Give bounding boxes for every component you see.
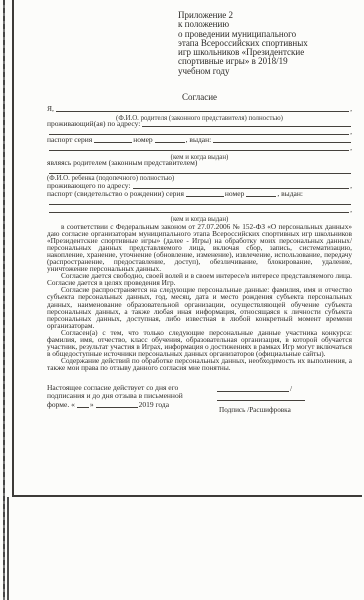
fill-line-date-month	[96, 404, 138, 408]
fill-line-child-passport-number	[246, 193, 276, 197]
date-close-quote: »	[90, 401, 94, 409]
date-row: форме. « » 2019 года	[47, 400, 205, 409]
paragraph-law: в соответствии с Федеральным законом от …	[47, 223, 352, 272]
child-issued-fill-row-2: ,	[47, 206, 352, 214]
signature-block: / Подпись /Расшифровка	[205, 384, 352, 414]
paragraph-freewill: Согласие дается свободно, своей волей и …	[47, 272, 352, 286]
fill-line-parent-fio	[56, 108, 349, 112]
appendix-line: учебном году	[178, 67, 354, 76]
scan-artifact-line	[3, 0, 5, 600]
date-year: 2019 года	[139, 401, 169, 409]
paragraph-rights: Содержание действий по обработке персона…	[47, 357, 352, 371]
fill-line-signature	[217, 388, 289, 392]
document-title: Согласие	[47, 92, 352, 102]
comma: ,	[350, 181, 352, 190]
fill-line-passport-number	[155, 139, 185, 143]
signature-slash: /	[290, 384, 292, 393]
appendix-note: Приложение 2 к положению о проведении му…	[178, 11, 354, 76]
passport-number-label: номер	[133, 135, 152, 144]
fill-line-signature-name	[217, 397, 305, 401]
parent-fio-row: Я, ,	[47, 105, 352, 113]
passport-issued-label: , выдан:	[186, 135, 212, 144]
paragraph-scope: Согласие распространяется на следующие п…	[47, 286, 352, 328]
i-label: Я,	[47, 104, 54, 113]
comma: ,	[350, 143, 352, 152]
parent-issued-extra-row: ,	[47, 144, 352, 152]
child-fio-fill-row	[47, 167, 352, 175]
fill-line-child-fio	[49, 170, 351, 174]
fill-line-passport-series	[94, 139, 132, 143]
comma: ,	[350, 205, 352, 214]
parent-address-label: проживающий(ая) по адресу:	[47, 119, 140, 128]
date-prefix: форме. «	[47, 401, 75, 409]
child-passport-row: паспорт (свидетельство о рождении) серия…	[47, 190, 352, 198]
paragraph-public-data: Согласен(а) с тем, что только следующие …	[47, 329, 352, 357]
comma: ,	[350, 127, 352, 136]
parent-fio-caption: (Ф.И.О. родителя (законного представител…	[116, 115, 283, 122]
fill-line-passport-issued	[213, 139, 351, 143]
consent-form: Я, , (Ф.И.О. родителя (законного предста…	[47, 105, 352, 221]
signature-name-row	[215, 393, 352, 402]
child-passport-number-label: номер	[225, 189, 244, 198]
fill-line-child-issued-2	[49, 209, 349, 213]
validity-line: подписания и до дня отзыва в письменной	[47, 392, 205, 400]
child-issued-fill-row	[47, 198, 352, 206]
fill-line-date-day	[77, 404, 89, 408]
child-passport-label: паспорт (свидетельство о рождении) серия	[47, 189, 184, 198]
passport-series-label: паспорт серия	[47, 135, 92, 144]
scan-artifact-line-bottom	[7, 497, 9, 600]
fill-line-child-passport-series	[186, 193, 224, 197]
signature-caption: Подпись /Расшифровка	[215, 406, 352, 414]
consent-body-text: в соответствии с Федеральным законом от …	[47, 223, 352, 371]
validity-block: Настоящее согласие действует со дня его …	[47, 384, 205, 414]
signature-row: /	[215, 384, 352, 393]
footer-block: Настоящее согласие действует со дня его …	[47, 384, 352, 414]
comma: ,	[350, 104, 352, 113]
fill-line-passport-issued-2	[49, 147, 349, 151]
fill-line-child-issued	[49, 201, 351, 205]
scanned-consent-document: Приложение 2 к положению о проведении му…	[0, 0, 364, 600]
fill-line-parent-address	[142, 123, 351, 127]
child-passport-issued-label: , выдан:	[277, 189, 303, 198]
child-issued-caption-row: (кем и когда выдан)	[47, 214, 352, 221]
parent-role-label: являясь родителем (законным представител…	[47, 158, 197, 167]
parent-passport-row: паспорт серия номер , выдан:	[47, 136, 352, 144]
